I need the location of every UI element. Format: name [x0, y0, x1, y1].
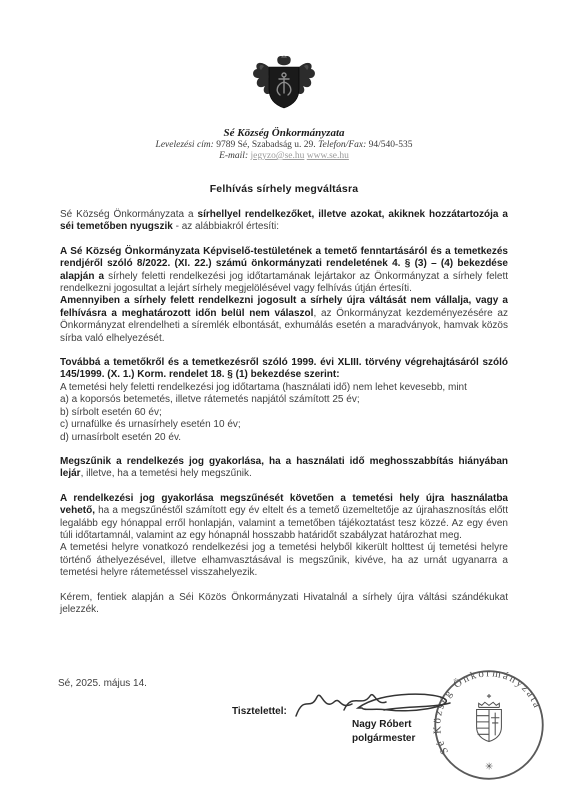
- paragraph-reuse: A rendelkezési jog gyakorlása megszűnésé…: [60, 493, 508, 543]
- org-name: Sé Község Önkormányzata: [60, 127, 508, 139]
- reuse-rest: ha a megszűnéstől számított egy év eltel…: [60, 505, 508, 541]
- coat-of-arms-icon: [248, 54, 320, 116]
- paragraph-warning: Amennyiben a sírhely felett rendelkezni …: [60, 295, 508, 345]
- email-link[interactable]: jegyzo@se.hu: [251, 151, 305, 161]
- intro-post: - az alábbiakról értesíti:: [173, 221, 279, 232]
- paragraph-law-title: Továbbá a temetőkről és a temetkezésről …: [60, 357, 508, 382]
- letter-body: Sé Község Önkormányzata a sírhellyel ren…: [60, 209, 508, 616]
- list-item: a) a koporsós betemetés, illetve rátemet…: [60, 394, 508, 406]
- document-title: Felhívás sírhely megváltásra: [60, 183, 508, 195]
- list-item: b) sírbolt esetén 60 év;: [60, 407, 508, 419]
- paragraph-group-reuse: A rendelkezési jog gyakorlása megszűnésé…: [60, 493, 508, 580]
- paragraph-termination: Megszűnik a rendelkezés jog gyakorlása, …: [60, 456, 508, 481]
- email-label: E-mail:: [219, 151, 250, 161]
- address-line: Levelezési cím: 9789 Sé, Szabadság u. 29…: [60, 140, 508, 150]
- letter-page: Sé Község Önkormányzata Levelezési cím: …: [0, 0, 566, 800]
- address-label: Levelezési cím:: [156, 140, 217, 150]
- address-value: 9789 Sé, Szabadság u. 29.: [216, 140, 318, 150]
- email-line: E-mail: jegyzo@se.hu www.se.hu: [60, 151, 508, 161]
- paragraph-intro: Sé Község Önkormányzata a sírhellyel ren…: [60, 209, 508, 234]
- list-item: c) urnafülke és urnasírhely esetén 10 év…: [60, 419, 508, 431]
- law-bold: Továbbá a temetőkről és a temetkezésről …: [60, 357, 508, 380]
- decree-rest: sírhely feletti rendelkezési jog időtart…: [60, 271, 508, 294]
- website-link[interactable]: www.se.hu: [307, 151, 349, 161]
- phone-value: 94/540-535: [369, 140, 413, 150]
- paragraph-decree: A Sé Község Önkormányzata Képviselő-test…: [60, 246, 508, 296]
- list-item: d) urnasírbolt esetén 20 év.: [60, 432, 508, 444]
- paragraph-request: Kérem, fentiek alapján a Séi Közös Önkor…: [60, 592, 508, 617]
- paragraph-group-decree: A Sé Község Önkormányzata Képviselő-test…: [60, 246, 508, 345]
- date-line: Sé, 2025. május 14.: [58, 678, 147, 689]
- paragraph-law-lead: A temetési hely feletti rendelkezési jog…: [60, 382, 508, 394]
- signer-title: polgármester: [352, 732, 415, 746]
- closing-salutation: Tisztelettel:: [232, 706, 287, 717]
- letterhead: Sé Község Önkormányzata Levelezési cím: …: [60, 54, 508, 161]
- signer-name: Nagy Róbert: [352, 718, 415, 732]
- signature-block: Nagy Róbert polgármester: [352, 718, 415, 746]
- intro-pre: Sé Község Önkormányzata a: [60, 209, 198, 220]
- termination-rest: , illetve, ha a temetési hely megszűnik.: [81, 468, 252, 479]
- paragraph-relocation: A temetési helyre vonatkozó rendelkezési…: [60, 542, 508, 579]
- stamp-star-glyph: ✳: [485, 761, 493, 771]
- paragraph-group-law: Továbbá a temetőkről és a temetkezésről …: [60, 357, 508, 444]
- phone-label: Telefon/Fax:: [318, 140, 369, 150]
- stamp-coat-of-arms-icon: [477, 694, 502, 742]
